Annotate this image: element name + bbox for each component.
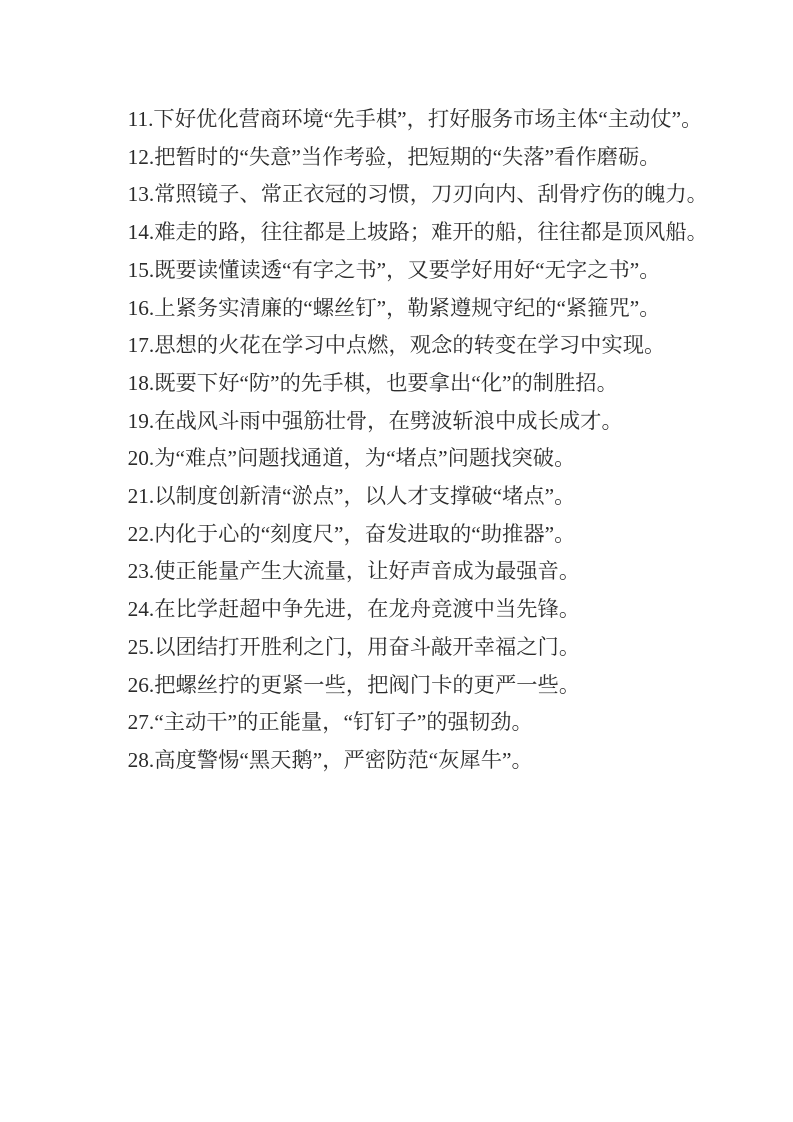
doc-paragraph: 28.高度警惕“黑天鹅”，严密防范“灰犀牛”。: [85, 742, 708, 780]
doc-paragraph: 18.既要下好“防”的先手棋，也要拿出“化”的制胜招。: [85, 365, 708, 403]
doc-paragraph: 15.既要读懂读透“有字之书”，又要学好用好“无字之书”。: [85, 252, 708, 290]
doc-paragraph: 13.常照镜子、常正衣冠的习惯，刀刃向内、刮骨疗伤的魄力。: [85, 176, 708, 214]
doc-paragraph: 24.在比学赶超中争先进，在龙舟竞渡中当先锋。: [85, 591, 708, 629]
doc-paragraph: 11.下好优化营商环境“先手棋”，打好服务市场主体“主动仗”。: [85, 101, 708, 139]
doc-paragraph: 22.内化于心的“刻度尺”，奋发进取的“助推器”。: [85, 516, 708, 554]
doc-paragraph: 14.难走的路，往往都是上坡路；难开的船，往往都是顶风船。: [85, 214, 708, 252]
doc-paragraph: 26.把螺丝拧的更紧一些，把阀门卡的更严一些。: [85, 667, 708, 705]
doc-paragraph: 27.“主动干”的正能量，“钉钉子”的强韧劲。: [85, 704, 708, 742]
doc-paragraph: 25.以团结打开胜利之门，用奋斗敲开幸福之门。: [85, 629, 708, 667]
doc-paragraph: 17.思想的火花在学习中点燃，观念的转变在学习中实现。: [85, 327, 708, 365]
doc-paragraph: 16.上紧务实清廉的“螺丝钉”，勒紧遵规守纪的“紧箍咒”。: [85, 290, 708, 328]
document-body: 11.下好优化营商环境“先手棋”，打好服务市场主体“主动仗”。 12.把暂时的“…: [0, 0, 793, 780]
doc-paragraph: 21.以制度创新清“淤点”，以人才支撑破“堵点”。: [85, 478, 708, 516]
doc-paragraph: 19.在战风斗雨中强筋壮骨，在劈波斩浪中成长成才。: [85, 403, 708, 441]
doc-paragraph: 12.把暂时的“失意”当作考验，把短期的“失落”看作磨砺。: [85, 139, 708, 177]
doc-paragraph: 20.为“难点”问题找通道，为“堵点”问题找突破。: [85, 440, 708, 478]
doc-paragraph: 23.使正能量产生大流量，让好声音成为最强音。: [85, 553, 708, 591]
document-page: 11.下好优化营商环境“先手棋”，打好服务市场主体“主动仗”。 12.把暂时的“…: [0, 0, 793, 1122]
